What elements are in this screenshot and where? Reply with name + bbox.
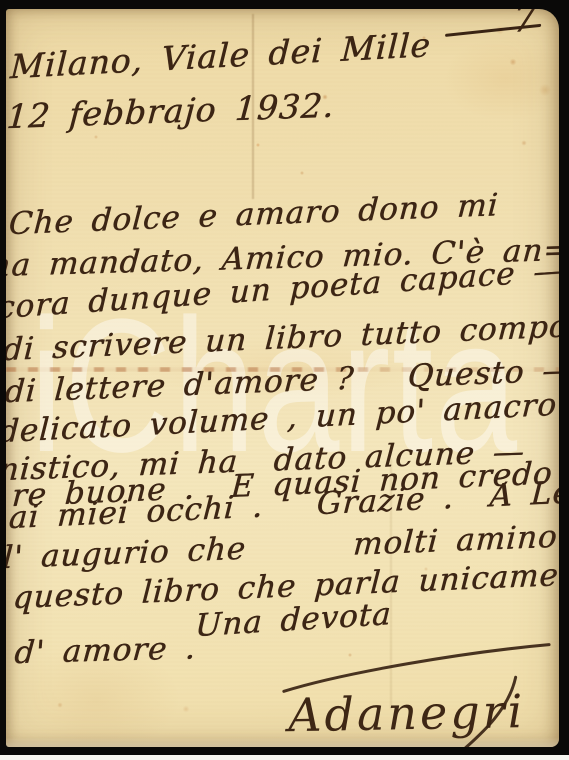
letter-line-1: Che dolce e amaro dono mi bbox=[8, 188, 500, 243]
signature-block: Adanegri bbox=[275, 635, 557, 747]
scan-edge-white-strip bbox=[0, 755, 569, 760]
address-line: Milano, Viale dei Mille7 bbox=[9, 9, 543, 86]
scanned-letter-page: iCharta Milano, Viale dei Mille7 12 febb… bbox=[0, 0, 569, 760]
signature-text: Adanegri bbox=[284, 684, 526, 742]
house-number-text: 7 bbox=[512, 9, 539, 42]
house-number: 7 bbox=[444, 9, 542, 55]
address-text: Milano, Viale dei Mille bbox=[9, 25, 432, 86]
letter-line-12: d' amore . bbox=[13, 631, 197, 671]
date-line: 12 febbrajo 1932. bbox=[6, 87, 336, 137]
letter-paper: iCharta Milano, Viale dei Mille7 12 febb… bbox=[6, 9, 559, 747]
